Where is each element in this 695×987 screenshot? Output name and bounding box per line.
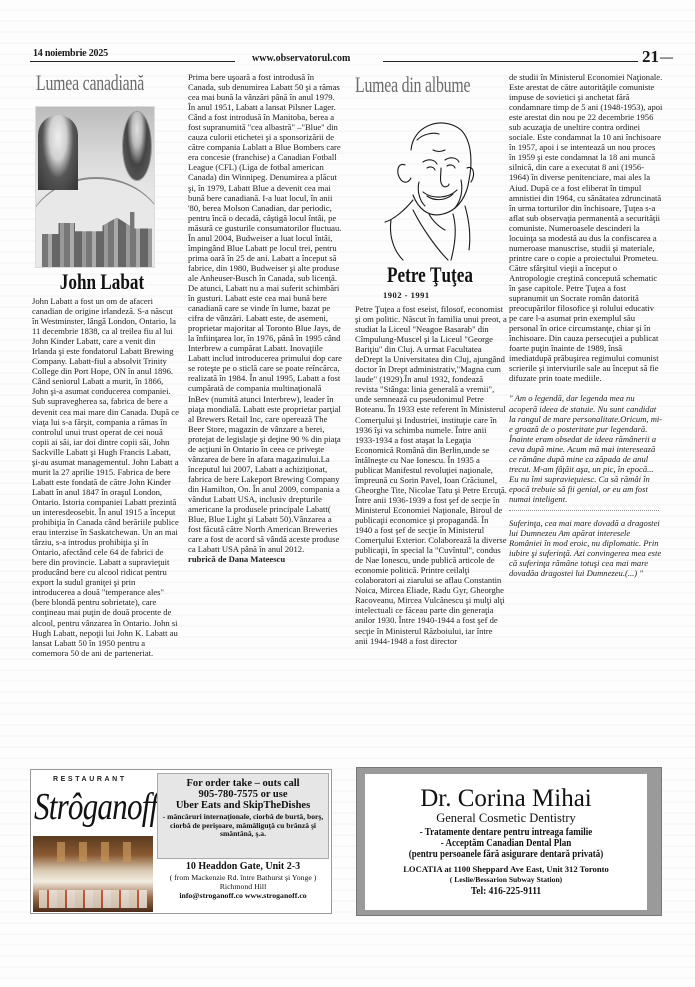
john-labatt-image [35,106,155,268]
article-name-john-labat: John Labat [44,269,159,295]
dentist-ad-inner: Dr. Corina Mihai General Cosmetic Dentis… [365,774,647,910]
lifespan-years: 1902 - 1991 [383,290,430,300]
issue-date: 14 noiembrie 2025 [33,48,108,59]
order-info-box: For order take – outs call 905-780-7575 … [157,773,329,859]
order-phone: 905-780-7575 or use [158,789,328,800]
stroganoff-address-block: 10 Headdon Gate, Unit 2-3 ( from Mackenz… [155,861,331,901]
byline: rubrică de Dana Mateescu [188,554,343,564]
dentist-bullet-1: - Tratamente dentare pentru intreaga fam… [379,827,633,838]
stroganoff-logo: Strôganoff [34,785,157,829]
stroganoff-address: 10 Headdon Gate, Unit 2-3 [155,861,331,873]
column-1-text: John Labatt a fost un om de afaceri cana… [32,296,179,658]
restaurant-label: RESTAURANT [53,776,127,783]
article-column-1: John Labatt a fost un om de afaceri cana… [32,296,179,736]
stroganoff-contact[interactable]: info@stroganoff.co www.stroganoff.co [155,891,331,901]
page-number: 21 [642,47,659,67]
article-name-petre-tutea: Petre Ţuţea [375,262,484,288]
restaurant-interior-photo [33,836,153,912]
tutea-quote-1: " Am o legendă, dar legenda mea nu acope… [509,393,663,504]
article-column-3: Petre Ţuţea a fost eseist, filosof, econ… [355,304,507,754]
site-url[interactable]: www.observatorul.com [252,53,350,64]
petre-tutea-sketch [383,110,483,265]
page-header: 14 noiembrie 2025 www.observatorul.com 2… [30,44,666,64]
dentist-phone[interactable]: Tel: 416-225-9111 [379,886,633,897]
dotted-separator [509,510,659,511]
column-2-text: Prima bere uşoară a fost introdusă în Ca… [188,72,343,554]
portrait-left [38,115,78,190]
tutea-quote-2: Suferinţa, cea mai mare dovadă a dragost… [509,518,663,578]
header-rule-right [383,61,638,62]
order-delivery-services: Uber Eats and SkipTheDishes [158,800,328,812]
dentist-location: LOCATIA at 1100 Sheppard Ave East, Unit … [365,864,647,874]
dentist-subway: ( Leslie/Bessarion Subway Station) [365,874,647,886]
column-3-text: Petre Ţuţea a fost eseist, filosof, econ… [355,304,507,646]
order-line-1: For order take – outs call [158,778,328,789]
dentist-bullet-2: - Acceptăm Canadian Dental Plan [379,838,633,849]
ad-dentist[interactable]: Dr. Corina Mihai General Cosmetic Dentis… [356,767,662,916]
dentist-specialty: General Cosmetic Dentistry [365,812,647,824]
dentist-note: (pentru persoanele fără asigurare dentar… [379,849,633,860]
stroganoff-directions: ( from Mackenzie Rd. între Bathurst şi Y… [155,873,331,891]
column-4-text: de studii în Ministerul Economiei Naţion… [509,72,663,383]
section-title-lumea-din-albume: Lumea din albume [355,72,470,98]
header-rule-left [30,61,235,62]
portrait-right [122,111,152,181]
article-column-2: Prima bere uşoară a fost introdusă în Ca… [188,72,343,752]
dentist-name: Dr. Corina Mihai [365,786,647,812]
ad-stroganoff[interactable]: RESTAURANT Strôganoff For order take – o… [30,769,332,914]
article-column-4: de studii în Ministerul Economiei Naţion… [509,72,663,762]
menu-description: - mâncăruri internaţionale, ciorbă de bu… [158,813,328,839]
section-title-lumea-canadiana: Lumea canadiană [36,70,144,96]
page-number-dash: — [660,49,673,65]
